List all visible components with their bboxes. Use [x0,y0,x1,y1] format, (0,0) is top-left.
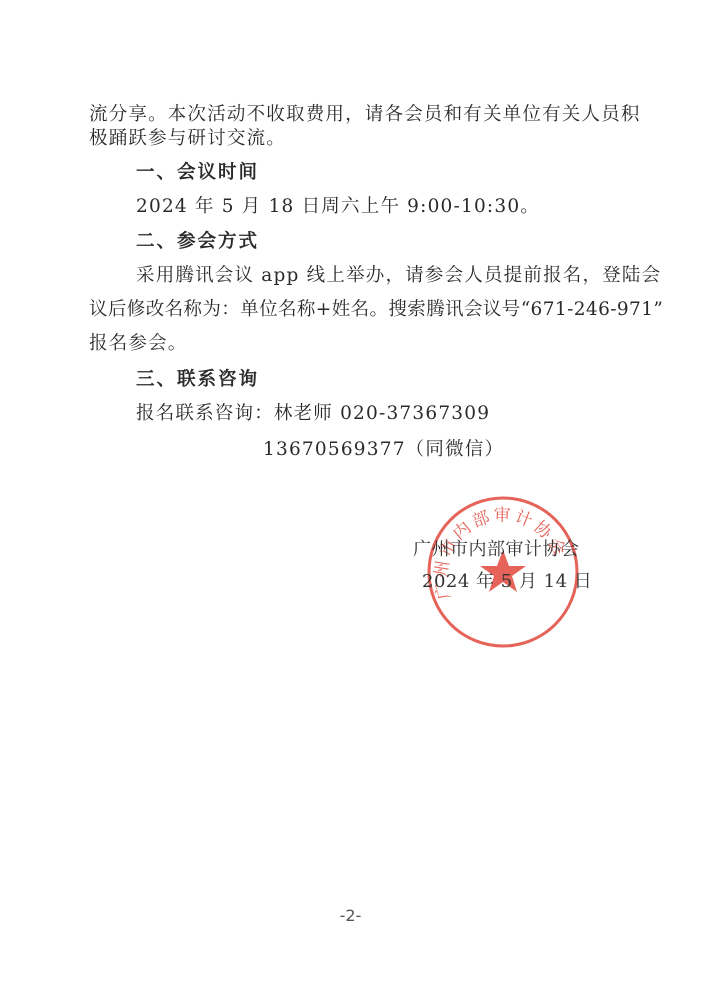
body-text-line: 极踊跃参与研讨交流。 [89,127,286,151]
attendance-text-line: 采用腾讯会议 app 线上举办，请参会人员提前报名，登陆会 [136,264,661,288]
attendance-text-line: 报名参会。 [89,332,188,356]
attendance-text-line: 议后修改名称为：单位名称+姓名。搜索腾讯会议号“671-246-971” [89,298,663,322]
meeting-time-text: 2024 年 5 月 18 日周六上午 9:00-10:30。 [136,195,540,219]
body-text-line: 流分享。本次活动不收取费用，请各会员和有关单位有关人员积 [89,103,641,127]
page-number: -2- [0,906,701,925]
contact-text-line: 报名联系咨询：林老师 020-37367309 [136,402,490,426]
signature-organization: 广州市内部审计协会 [413,538,580,562]
section-heading-contact: 三、联系咨询 [136,368,259,392]
contact-phone-line: 13670569377（同微信） [263,438,504,462]
section-heading-attendance-method: 二、参会方式 [136,230,259,254]
signature-date: 2024 年 5 月 14 日 [422,570,592,594]
section-heading-meeting-time: 一、会议时间 [136,161,259,185]
